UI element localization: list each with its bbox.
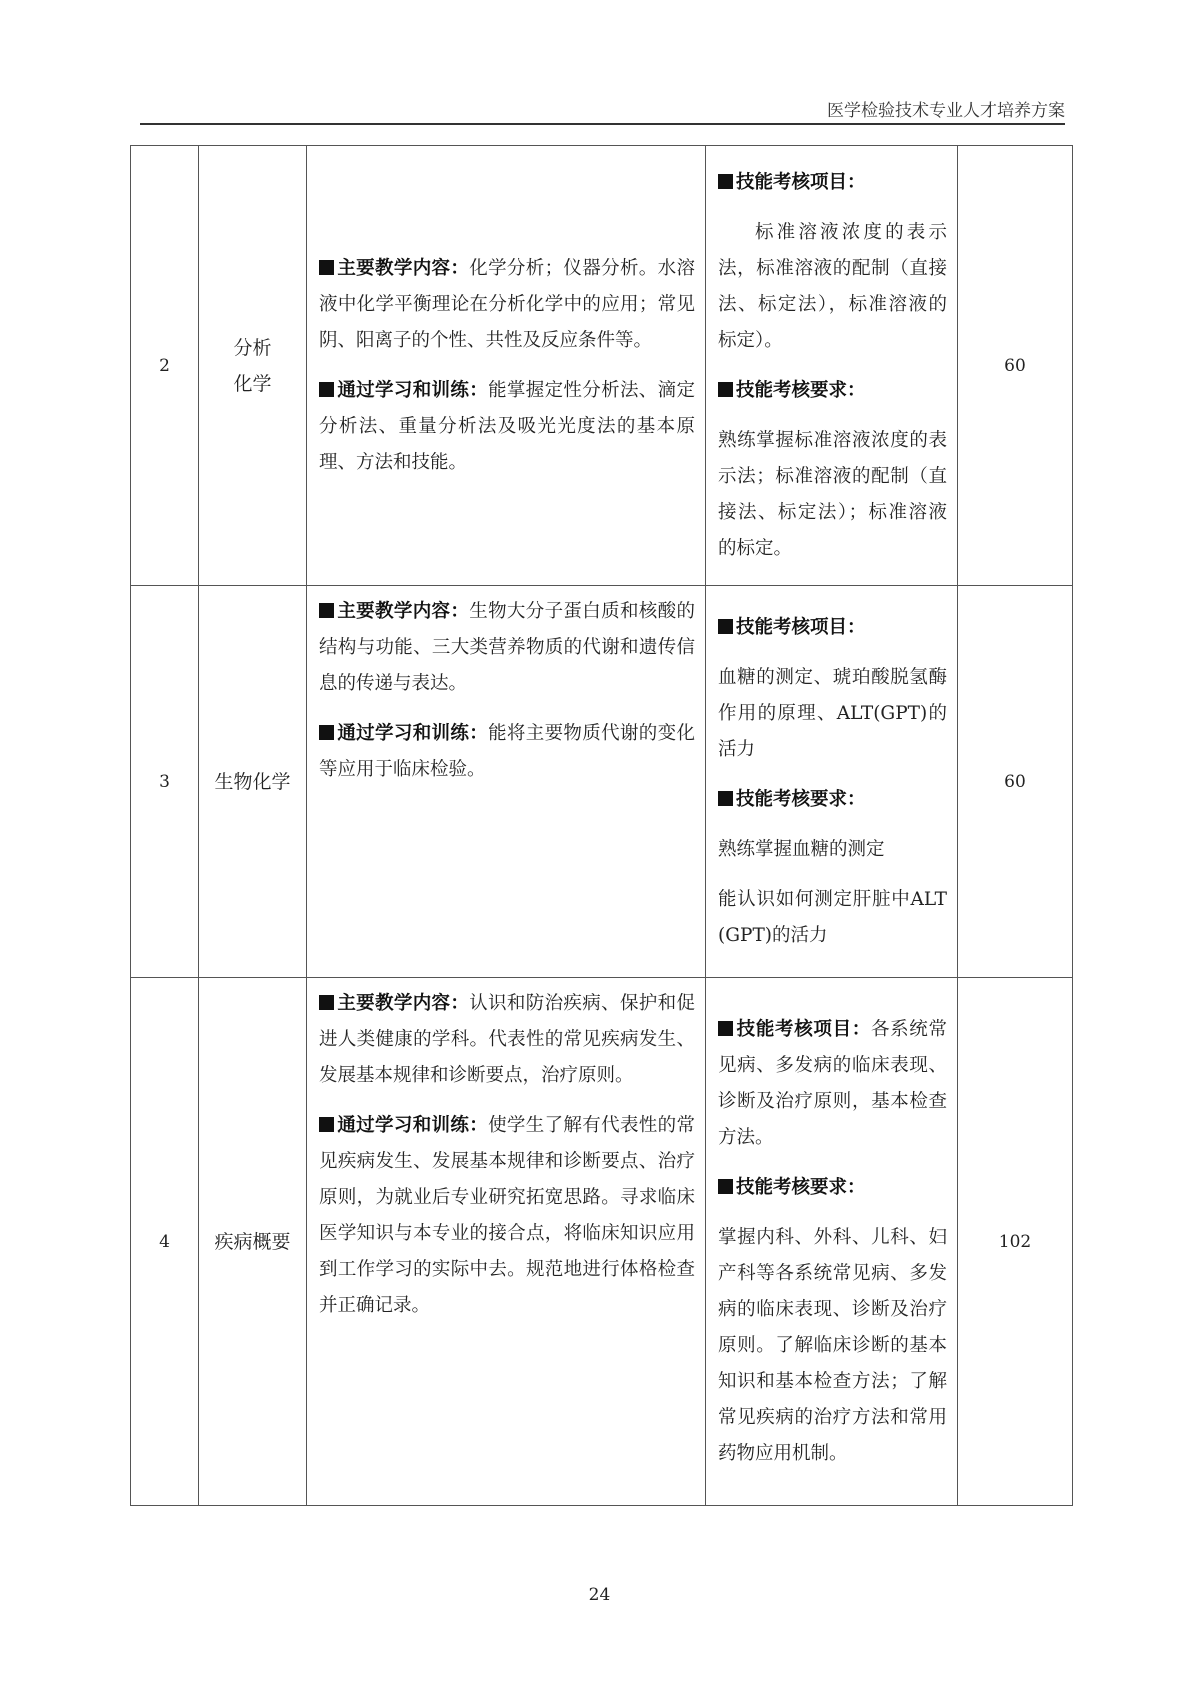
skill-item-text: 标准溶液浓度的表示法，标准溶液的配制（直接法、标定法），标准溶液的标定）。 xyxy=(718,215,947,359)
content-label: 主要教学内容 xyxy=(337,993,450,1014)
course-name-line: 化学 xyxy=(199,366,306,402)
skill-item-label: 技能考核项目： xyxy=(736,617,866,638)
course-table: 2 分析 化学 主要教学内容：化学分析；仪器分析。水溶液中化学平衡理论在分析化学… xyxy=(130,145,1073,1506)
course-hours: 60 xyxy=(958,146,1073,586)
skill-req-text: 熟练掌握血糖的测定 xyxy=(718,832,947,868)
skills-assessment: 技能考核项目： 标准溶液浓度的表示法，标准溶液的配制（直接法、标定法），标准溶液… xyxy=(706,146,958,586)
square-bullet-icon xyxy=(319,603,334,618)
skill-req-text: 掌握内科、外科、儿科、妇产科等各系统常见病、多发病的临床表现、诊断及治疗原则。了… xyxy=(718,1220,947,1472)
skill-item-text: 血糖的测定、琥珀酸脱氢酶作用的原理、ALT(GPT)的活力 xyxy=(718,660,947,768)
course-hours: 102 xyxy=(958,978,1073,1506)
skills-assessment: 技能考核项目： 血糖的测定、琥珀酸脱氢酶作用的原理、ALT(GPT)的活力 技能… xyxy=(706,586,958,978)
square-bullet-icon xyxy=(718,1179,733,1194)
skill-req-text: 熟练掌握标准溶液浓度的表示法；标准溶液的配制（直接法、标定法）；标准溶液的标定。 xyxy=(718,423,947,567)
skill-req-label: 技能考核要求： xyxy=(736,1177,866,1198)
square-bullet-icon xyxy=(319,1117,334,1132)
skill-item-label: 技能考核项目： xyxy=(736,172,866,193)
square-bullet-icon xyxy=(718,791,733,806)
square-bullet-icon xyxy=(319,995,334,1010)
square-bullet-icon xyxy=(319,725,334,740)
header-rule xyxy=(140,123,1065,125)
square-bullet-icon xyxy=(319,382,334,397)
square-bullet-icon xyxy=(319,260,334,275)
training-label: 通过学习和训练 xyxy=(337,1115,469,1136)
square-bullet-icon xyxy=(718,1021,733,1036)
course-name: 疾病概要 xyxy=(199,978,307,1506)
course-name: 生物化学 xyxy=(199,586,307,978)
teaching-content: 主要教学内容：生物大分子蛋白质和核酸的结构与功能、三大类营养物质的代谢和遗传信息… xyxy=(307,586,706,978)
square-bullet-icon xyxy=(718,174,733,189)
training-text: 使学生了解有代表性的常见疾病发生、发展基本规律和诊断要点、治疗原则，为就业后专业… xyxy=(319,1115,695,1316)
row-number: 4 xyxy=(131,978,199,1506)
course-name-line: 分析 xyxy=(199,330,306,366)
skill-req-label: 技能考核要求： xyxy=(736,789,866,810)
square-bullet-icon xyxy=(718,619,733,634)
row-number: 3 xyxy=(131,586,199,978)
page-number: 24 xyxy=(0,1585,1199,1605)
course-hours: 60 xyxy=(958,586,1073,978)
content-label: 主要教学内容 xyxy=(337,258,450,279)
training-label: 通过学习和训练 xyxy=(337,723,469,744)
row-number: 2 xyxy=(131,146,199,586)
table-row: 3 生物化学 主要教学内容：生物大分子蛋白质和核酸的结构与功能、三大类营养物质的… xyxy=(131,586,1073,978)
teaching-content: 主要教学内容：化学分析；仪器分析。水溶液中化学平衡理论在分析化学中的应用；常见阴… xyxy=(307,146,706,586)
square-bullet-icon xyxy=(718,382,733,397)
skill-item-label: 技能考核项目： xyxy=(736,1019,871,1040)
skill-req-label: 技能考核要求： xyxy=(736,380,866,401)
course-name: 分析 化学 xyxy=(199,146,307,586)
content-label: 主要教学内容 xyxy=(337,601,450,622)
table-row: 4 疾病概要 主要教学内容：认识和防治疾病、保护和促进人类健康的学科。代表性的常… xyxy=(131,978,1073,1506)
document-header-title: 医学检验技术专业人才培养方案 xyxy=(140,96,1065,121)
skill-req-text: 能认识如何测定肝脏中ALT (GPT)的活力 xyxy=(718,882,947,954)
table-row: 2 分析 化学 主要教学内容：化学分析；仪器分析。水溶液中化学平衡理论在分析化学… xyxy=(131,146,1073,586)
skills-assessment: 技能考核项目：各系统常见病、多发病的临床表现、诊断及治疗原则，基本检查方法。 技… xyxy=(706,978,958,1506)
training-label: 通过学习和训练 xyxy=(337,380,469,401)
teaching-content: 主要教学内容：认识和防治疾病、保护和促进人类健康的学科。代表性的常见疾病发生、发… xyxy=(307,978,706,1506)
